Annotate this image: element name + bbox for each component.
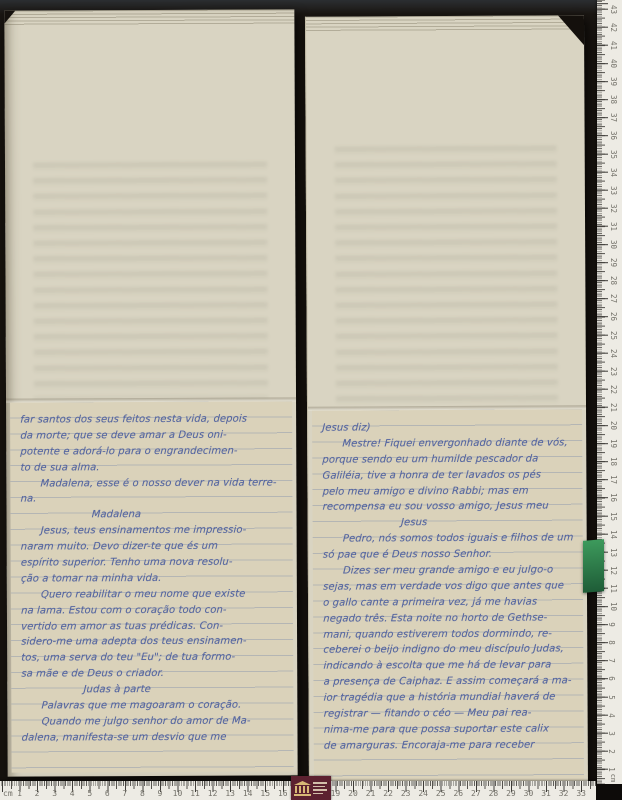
bottom-ruler-unit: cm [3,789,13,798]
vertical-ruler-number: 26 [609,312,618,321]
vertical-ruler-number: 40 [609,59,618,68]
bottom-ruler-number: 32 [559,789,569,798]
vertical-ruler-number: 38 [609,95,618,104]
ink-bleed-through [335,145,558,408]
ink-bleed-through [33,161,268,398]
vertical-ruler-number: 19 [609,439,618,448]
vertical-ruler-number: 42 [609,23,618,32]
bottom-ruler-number: 9 [158,789,163,798]
handwriting-line: da morte; que se deve amar a Deus oni- [20,429,287,446]
bottom-ruler-number: 26 [453,789,463,798]
bottom-ruler-number: 22 [383,789,393,798]
vertical-ruler-number: 3 [607,731,616,736]
green-marker-tab [583,539,604,593]
vertical-ruler-number: 23 [609,367,618,376]
vertical-ruler-unit: cm [609,774,617,782]
vertical-ruler-number: 37 [609,113,618,122]
handwriting-line: ceberei o beijo indigno do meu discípulo… [323,644,578,661]
left-page: far santos dos seus feitos nesta vida, d… [4,9,297,776]
handwriting-line: sa mãe e de Deus o criador. [21,668,288,685]
handwriting-line: vertido em amor as tuas prédicas. Con- [21,620,288,637]
ruler-cm-ticks [597,0,608,784]
bottom-ruler-number: 13 [225,789,235,798]
bottom-ruler-number: 19 [331,789,341,798]
handwriting-line: potente e adorá-lo para o engrandecimen- [20,445,287,462]
vertical-ruler-number: 22 [609,385,618,394]
left-page-writing-area: far santos dos seus feitos nesta vida, d… [10,401,294,772]
handwriting-line: Judas à parte [21,684,213,701]
bottom-ruler-number: 6 [105,789,110,798]
vertical-ruler-number: 5 [607,695,616,700]
handwriting-line: Jesus [322,517,506,534]
bottom-ruler-number: 30 [524,789,534,798]
bottom-ruler-number: 28 [489,789,499,798]
vertical-ruler-number: 10 [609,602,618,611]
handwriting-line: Pedro, nós somos todos iguais e filhos d… [322,533,577,550]
vertical-ruler-number: 31 [609,222,618,231]
bottom-ruler-number: 10 [173,789,183,798]
vertical-ruler-number: 28 [609,276,618,285]
handwriting-line: Madalena [20,509,212,526]
bottom-ruler-number: 29 [506,789,516,798]
handwriting-line: ção a tomar na minha vida. [20,572,287,589]
bottom-ruler-number: 1 [17,789,22,798]
left-page-handwriting: far santos dos seus feitos nesta vida, d… [20,413,287,748]
vertical-ruler-number: 15 [609,511,618,520]
vertical-ruler: 4342414039383736353433323130292827262524… [597,0,622,784]
handwriting-line: Mestre! Fiquei envergonhado diante de vó… [322,437,577,454]
handwriting-line: Palavras que me magoaram o coração. [21,699,288,716]
vertical-ruler-number: 12 [609,566,618,575]
vertical-ruler-number: 17 [609,475,618,484]
bottom-ruler-number: 2 [35,789,40,798]
handwriting-line: registrar — fitando o céo — Meu pai rea- [323,707,578,724]
vertical-ruler-number: 20 [609,421,618,430]
handwriting-line: só pae que é Deus nosso Senhor. [322,548,577,565]
vertical-ruler-number: 41 [609,41,618,50]
handwriting-line: o gallo cante a primeira vez, já me havi… [323,596,578,613]
handwriting-line: Madalena, esse é o nosso dever na vida t… [20,477,287,494]
vertical-ruler-number: 7 [607,659,616,664]
handwriting-line: Dizes ser meu grande amigo e eu julgo-o [323,564,578,581]
handwriting-line: porque sendo eu um humilde pescador da [322,453,577,470]
bottom-ruler-number: 25 [436,789,446,798]
vertical-ruler-number: 33 [609,186,618,195]
handwriting-line: Quando me julgo senhor do amor de Ma- [21,715,288,732]
handwriting-line: na lama. Estou com o coração todo con- [21,604,288,621]
bottom-ruler-number: 16 [278,789,288,798]
bottom-ruler-number: 24 [418,789,428,798]
bottom-ruler-number: 12 [208,789,218,798]
handwriting-line: Jesus, teus ensinamentos me impressio- [20,525,287,542]
bottom-ruler-number: 23 [401,789,411,798]
bottom-ruler-number: 33 [576,789,586,798]
vertical-ruler-number: 39 [609,77,618,86]
vertical-ruler-number: 21 [609,403,618,412]
vertical-ruler-number: 36 [609,131,618,140]
handwriting-line: ior tragédia que a história mundial have… [323,691,578,708]
right-page-writing-area: Jesus diz)Mestre! Fiquei envergonhado di… [312,409,584,788]
bottom-ruler-number: 8 [140,789,145,798]
notebook-scan: far santos dos seus feitos nesta vida, d… [0,0,622,800]
vertical-ruler-number: 13 [609,548,618,557]
page-stack-edges [306,15,584,31]
vertical-ruler-number: 35 [609,149,618,158]
handwriting-line: Galiléia, tive a honra de ter lavados os… [322,469,577,486]
bottom-right-corner [596,784,622,800]
vertical-ruler-number: 30 [609,240,618,249]
page-stack-edges [4,9,294,25]
right-page: Jesus diz)Mestre! Fiquei envergonhado di… [305,15,588,792]
handwriting-line: Quero reabilitar o meu nome que existe [21,588,288,605]
bottom-ruler-number: 3 [52,789,57,798]
vertical-ruler-number: 16 [609,493,618,502]
vertical-ruler-number: 43 [609,5,618,14]
handwriting-line: tos, uma serva do teu "Eu"; de tua formo… [21,652,288,669]
vertical-ruler-number: 29 [609,258,618,267]
vertical-ruler-number: 2 [607,749,616,754]
handwriting-line: dalena, manifesta-se um desvio que me [21,731,288,748]
bottom-ruler-number: 11 [190,789,200,798]
handwriting-line: a presença de Caiphaz. E assim começará … [323,676,578,693]
handwriting-line: naram muito. Devo dizer-te que és um [20,541,287,558]
handwriting-line: negado três. Esta noite no horto de Geth… [323,612,578,629]
bottom-ruler-number: 31 [541,789,551,798]
bottom-ruler-number: 20 [348,789,358,798]
right-page-handwriting: Jesus diz)Mestre! Fiquei envergonhado di… [322,421,578,756]
bottom-ruler-number: 15 [260,789,270,798]
archive-stamp [291,776,331,800]
bottom-ruler-number: 21 [366,789,376,798]
vertical-ruler-number: 27 [609,294,618,303]
vertical-ruler-number: 9 [607,622,616,627]
bottom-ruler-number: 4 [70,789,75,798]
handwriting-line: far santos dos seus feitos nesta vida, d… [20,413,287,430]
handwriting-line: nima-me para que possa suportar este cal… [323,723,578,740]
bottom-ruler-number: 5 [87,789,92,798]
handwriting-line: na. [20,493,287,510]
vertical-ruler-number: 24 [609,349,618,358]
handwriting-line: de amarguras. Encoraja-me para receber [323,739,578,756]
vertical-ruler-number: 11 [609,584,618,593]
vertical-ruler-number: 4 [607,713,616,718]
vertical-ruler-number: 32 [609,204,618,213]
stamp-fine-print [313,782,329,794]
vertical-ruler-number: 18 [609,457,618,466]
bottom-ruler-number: 27 [471,789,481,798]
handwriting-line: Jesus diz) [322,421,577,438]
handwriting-line: sidero-me uma adepta dos teus ensinamen- [21,636,288,653]
vertical-ruler-number: 25 [609,330,618,339]
handwriting-line: sejas, mas em verdade vos digo que antes… [323,580,578,597]
vertical-ruler-number: 34 [609,168,618,177]
bottom-ruler-number: 7 [122,789,127,798]
handwriting-line: to de sua alma. [20,461,287,478]
handwriting-line: recompensa eu sou vosso amigo, Jesus meu [322,501,577,518]
bottom-ruler-number: 14 [243,789,253,798]
handwriting-line: espírito superior. Tenho uma nova resolu… [20,556,287,573]
classical-building-icon [294,781,311,796]
vertical-ruler-number: 1 [607,767,616,772]
vertical-ruler-number: 8 [607,640,616,645]
vertical-ruler-number: 14 [609,530,618,539]
handwriting-line: indicando à escolta que me há de levar p… [323,660,578,677]
vertical-ruler-number: 6 [607,677,616,682]
